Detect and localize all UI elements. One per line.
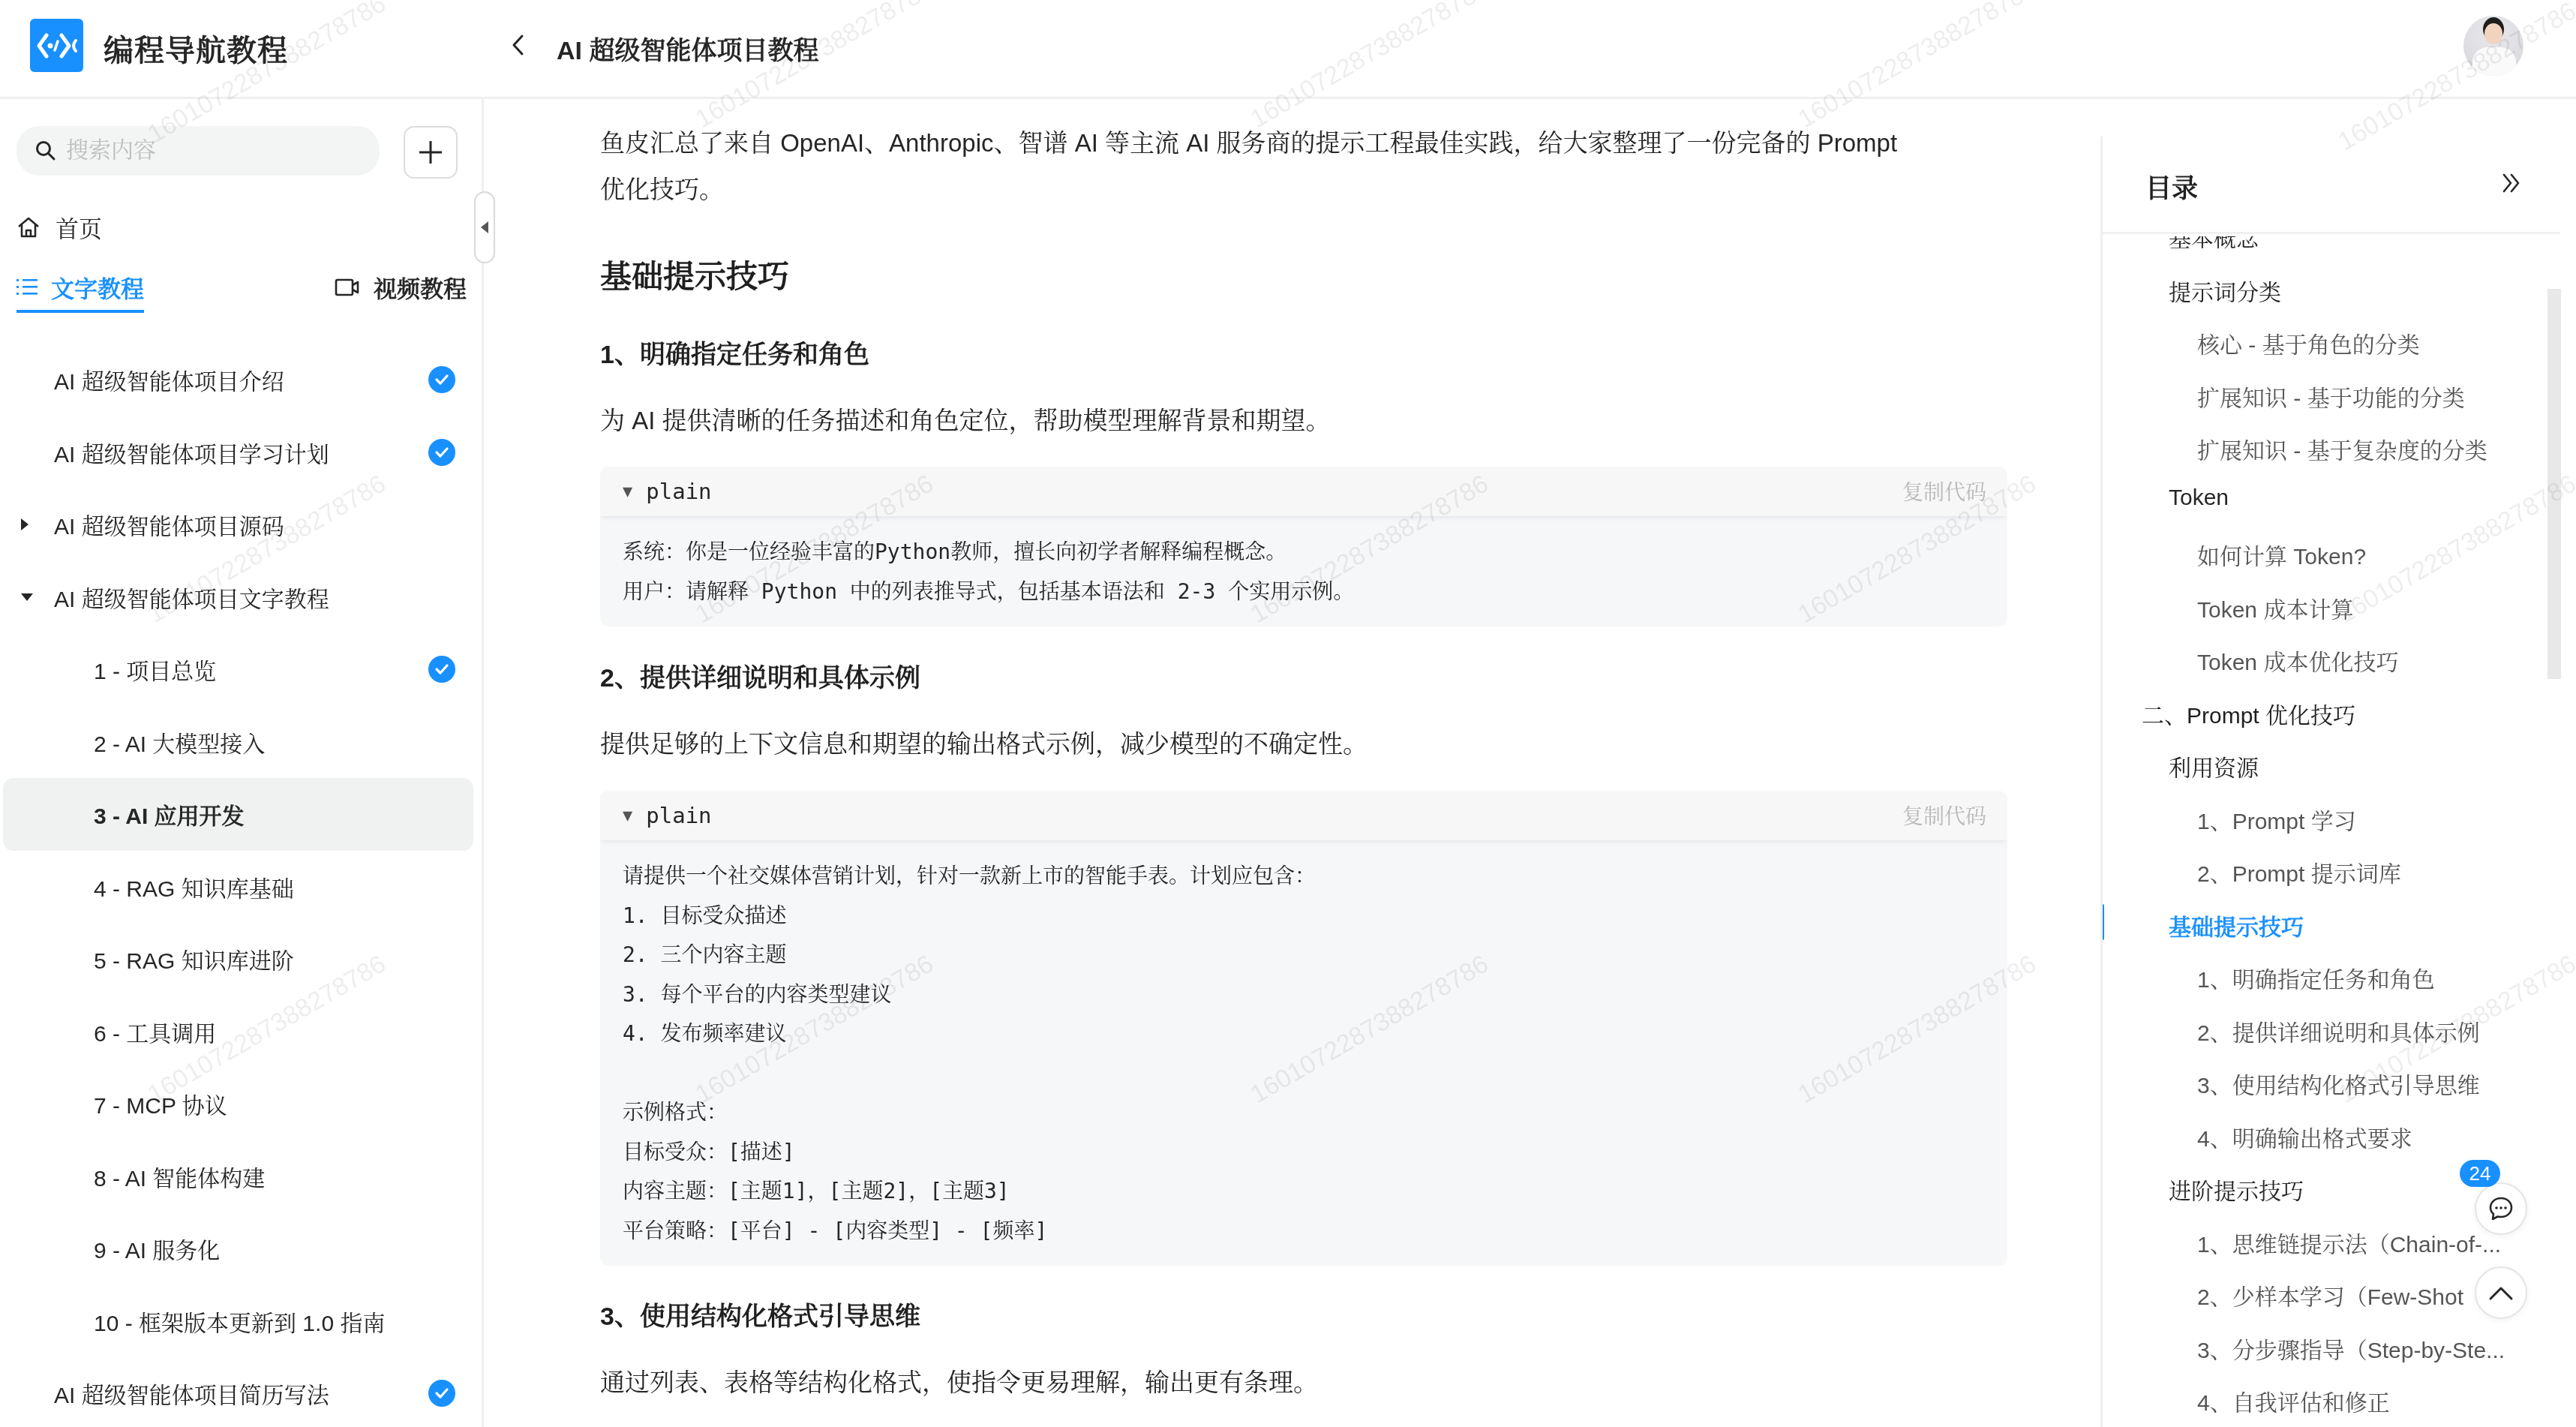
chevron-up-icon bbox=[2488, 1284, 2514, 1301]
search-input[interactable] bbox=[66, 138, 366, 164]
caret-down-icon: ▼ bbox=[623, 482, 632, 501]
toc-item-active[interactable]: 基础提示技巧 bbox=[2169, 909, 2304, 942]
toc-item[interactable]: 1、明确指定任务和角色 bbox=[2197, 961, 2435, 994]
toc-item[interactable]: 核心 - 基于角色的分类 bbox=[2197, 326, 2420, 359]
toc-item[interactable]: 扩展知识 - 基于功能的分类 bbox=[2197, 380, 2465, 413]
sidebar: 首页 文字教程 视频教程 AI 超级智能体项目介绍 AI 超级智能体项目学习计划… bbox=[0, 99, 484, 1427]
toc-item[interactable]: 4、自我评估和修正 bbox=[2197, 1384, 2390, 1417]
subsection-heading: 3、使用结构化格式引导思维 bbox=[600, 1296, 920, 1332]
toc-item[interactable]: 基本概念 bbox=[2169, 236, 2259, 253]
sidebar-item[interactable]: 9 - AI 服务化 bbox=[0, 1212, 484, 1285]
toc-item[interactable]: 1、思维链提示法（Chain-of-... bbox=[2197, 1226, 2501, 1259]
brand-name[interactable]: 编程导航教程 bbox=[104, 27, 288, 70]
comment-count-badge: 24 bbox=[2460, 1160, 2500, 1187]
toc-list: 基本概念 提示词分类 核心 - 基于角色的分类 扩展知识 - 基于功能的分类 扩… bbox=[2103, 236, 2560, 1427]
toc-item[interactable]: Token 成本优化技巧 bbox=[2197, 644, 2398, 677]
code-block-header: ▼plain 复制代码 bbox=[600, 791, 2007, 840]
sidebar-item[interactable]: 2 - AI 大模型接入 bbox=[0, 706, 484, 779]
toc-item[interactable]: Token 成本计算 bbox=[2197, 591, 2353, 624]
list-icon bbox=[17, 278, 38, 297]
toc-item[interactable]: 扩展知识 - 基于复杂度的分类 bbox=[2197, 432, 2487, 465]
back-button[interactable] bbox=[504, 30, 531, 60]
comment-button[interactable] bbox=[2475, 1182, 2527, 1235]
sidebar-item[interactable]: AI 超级智能体项目学习计划 bbox=[0, 416, 484, 489]
sidebar-item[interactable]: 1 - 项目总览 bbox=[0, 633, 484, 706]
code-block: ▼plain 复制代码 请提供一个社交媒体营销计划，针对一款新上市的智能手表。计… bbox=[600, 791, 2007, 1266]
toc-header: 目录 bbox=[2103, 137, 2560, 234]
sidebar-item[interactable]: 6 - 工具调用 bbox=[0, 996, 484, 1068]
sidebar-item[interactable]: AI 超级智能体项目源码 bbox=[0, 488, 484, 561]
sidebar-collapse-toggle[interactable] bbox=[474, 191, 495, 263]
avatar[interactable] bbox=[2463, 16, 2523, 76]
subsection-heading: 1、明确指定任务和角色 bbox=[600, 334, 869, 371]
toc-title: 目录 bbox=[2145, 168, 2198, 206]
copy-code-button[interactable]: 复制代码 bbox=[1902, 801, 1997, 831]
code-content: 请提供一个社交媒体营销计划，针对一款新上市的智能手表。计划应包含：1. 目标受众… bbox=[600, 840, 2007, 1266]
toc-scrollbar[interactable] bbox=[2547, 289, 2561, 679]
search-icon bbox=[35, 140, 57, 162]
toc-item[interactable]: 3、使用结构化格式引导思维 bbox=[2197, 1067, 2480, 1100]
sidebar-item[interactable]: AI 超级智能体项目介绍 bbox=[0, 344, 484, 416]
check-circle-icon bbox=[428, 366, 455, 393]
sidebar-item[interactable]: 10 - 框架版本更新到 1.0 指南 bbox=[0, 1285, 484, 1358]
check-circle-icon bbox=[428, 1380, 455, 1407]
toc-item[interactable]: 4、明确输出格式要求 bbox=[2197, 1120, 2412, 1153]
subsection-heading: 2、提供详细说明和具体示例 bbox=[600, 657, 920, 694]
chat-bubble-icon bbox=[2488, 1196, 2514, 1221]
home-label: 首页 bbox=[56, 210, 102, 244]
sidebar-item[interactable]: AI 超级智能体项目文字教程 bbox=[0, 561, 484, 634]
tab-text-tutorial[interactable]: 文字教程 bbox=[17, 270, 144, 313]
chevron-left-icon bbox=[511, 34, 524, 56]
add-button[interactable] bbox=[404, 126, 458, 179]
toc-item[interactable]: Token bbox=[2169, 485, 2229, 511]
sidebar-item[interactable]: 5 - RAG 知识库进阶 bbox=[0, 923, 484, 996]
code-block-header: ▼plain 复制代码 bbox=[600, 467, 2007, 516]
code-language-toggle[interactable]: ▼plain bbox=[623, 479, 712, 504]
toc-collapse-button[interactable] bbox=[2493, 167, 2530, 200]
toc-item[interactable]: 提示词分类 bbox=[2169, 274, 2281, 307]
double-chevron-right-icon bbox=[2500, 172, 2523, 194]
toc-item[interactable]: 如何计算 Token? bbox=[2197, 538, 2366, 571]
sidebar-item[interactable]: 7 - MCP 协议 bbox=[0, 1068, 484, 1140]
toc-item[interactable]: 利用资源 bbox=[2169, 750, 2259, 783]
search-box[interactable] bbox=[17, 126, 380, 176]
video-camera-icon bbox=[335, 277, 360, 298]
page-title: AI 超级智能体项目教程 bbox=[557, 30, 818, 67]
copy-code-button[interactable]: 复制代码 bbox=[1902, 476, 1997, 506]
home-icon bbox=[17, 215, 41, 239]
toc-item[interactable]: 2、少样本学习（Few-Shot bbox=[2197, 1278, 2463, 1311]
back-to-top-button[interactable] bbox=[2475, 1266, 2527, 1319]
section-heading: 基础提示技巧 bbox=[600, 252, 789, 297]
paragraph: 提供足够的上下文信息和期望的输出格式示例，减少模型的不确定性。 bbox=[600, 725, 1368, 760]
toc-active-indicator bbox=[2103, 904, 2104, 940]
sidebar-item[interactable]: 8 - AI 智能体构建 bbox=[0, 1140, 484, 1213]
sidebar-item[interactable]: 4 - RAG 知识库基础 bbox=[0, 851, 484, 924]
toc-item[interactable]: 进阶提示技巧 bbox=[2169, 1173, 2304, 1206]
intro-paragraph: 鱼皮汇总了来自 OpenAI、Anthropic、智谱 AI 等主流 AI 服务… bbox=[600, 120, 2007, 213]
tab-video-tutorial[interactable]: 视频教程 bbox=[335, 270, 467, 304]
paragraph: 为 AI 提供清晰的任务描述和角色定位，帮助模型理解背景和期望。 bbox=[600, 401, 1331, 437]
check-circle-icon bbox=[428, 439, 455, 466]
check-circle-icon bbox=[428, 656, 455, 683]
code-content: 系统：你是一位经验丰富的Python教师，擅长向初学者解释编程概念。用户：请解释… bbox=[600, 516, 2007, 626]
tutorial-tabs: 文字教程 视频教程 bbox=[17, 270, 467, 315]
caret-down-icon[interactable] bbox=[20, 592, 35, 602]
article-content: 鱼皮汇总了来自 OpenAI、Anthropic、智谱 AI 等主流 AI 服务… bbox=[600, 99, 2007, 1427]
top-header: 编程导航教程 AI 超级智能体项目教程 bbox=[0, 0, 2576, 99]
code-block: ▼plain 复制代码 系统：你是一位经验丰富的Python教师，擅长向初学者解… bbox=[600, 467, 2007, 626]
toc-item[interactable]: 3、分步骤指导（Step-by-Ste... bbox=[2197, 1332, 2505, 1365]
sidebar-item-home[interactable]: 首页 bbox=[17, 210, 102, 244]
caret-down-icon: ▼ bbox=[623, 807, 632, 825]
code-language-toggle[interactable]: ▼plain bbox=[623, 803, 712, 828]
plus-icon bbox=[417, 139, 444, 166]
caret-right-icon[interactable] bbox=[20, 517, 30, 532]
toc-item[interactable]: 2、提供详细说明和具体示例 bbox=[2197, 1014, 2480, 1047]
logo-icon[interactable] bbox=[30, 19, 83, 72]
sidebar-nav: AI 超级智能体项目介绍 AI 超级智能体项目学习计划 AI 超级智能体项目源码… bbox=[0, 344, 484, 1427]
paragraph: 通过列表、表格等结构化格式，使指令更易理解，输出更有条理。 bbox=[600, 1363, 1318, 1398]
toc-item[interactable]: 1、Prompt 学习 bbox=[2197, 803, 2356, 836]
caret-left-icon bbox=[479, 220, 490, 235]
toc-item[interactable]: 2、Prompt 提示词库 bbox=[2197, 855, 2401, 888]
toc-item[interactable]: 二、Prompt 优化技巧 bbox=[2142, 697, 2355, 730]
sidebar-item[interactable]: AI 超级智能体项目简历写法 bbox=[0, 1357, 484, 1427]
sidebar-item-active[interactable]: 3 - AI 应用开发 bbox=[3, 778, 473, 851]
